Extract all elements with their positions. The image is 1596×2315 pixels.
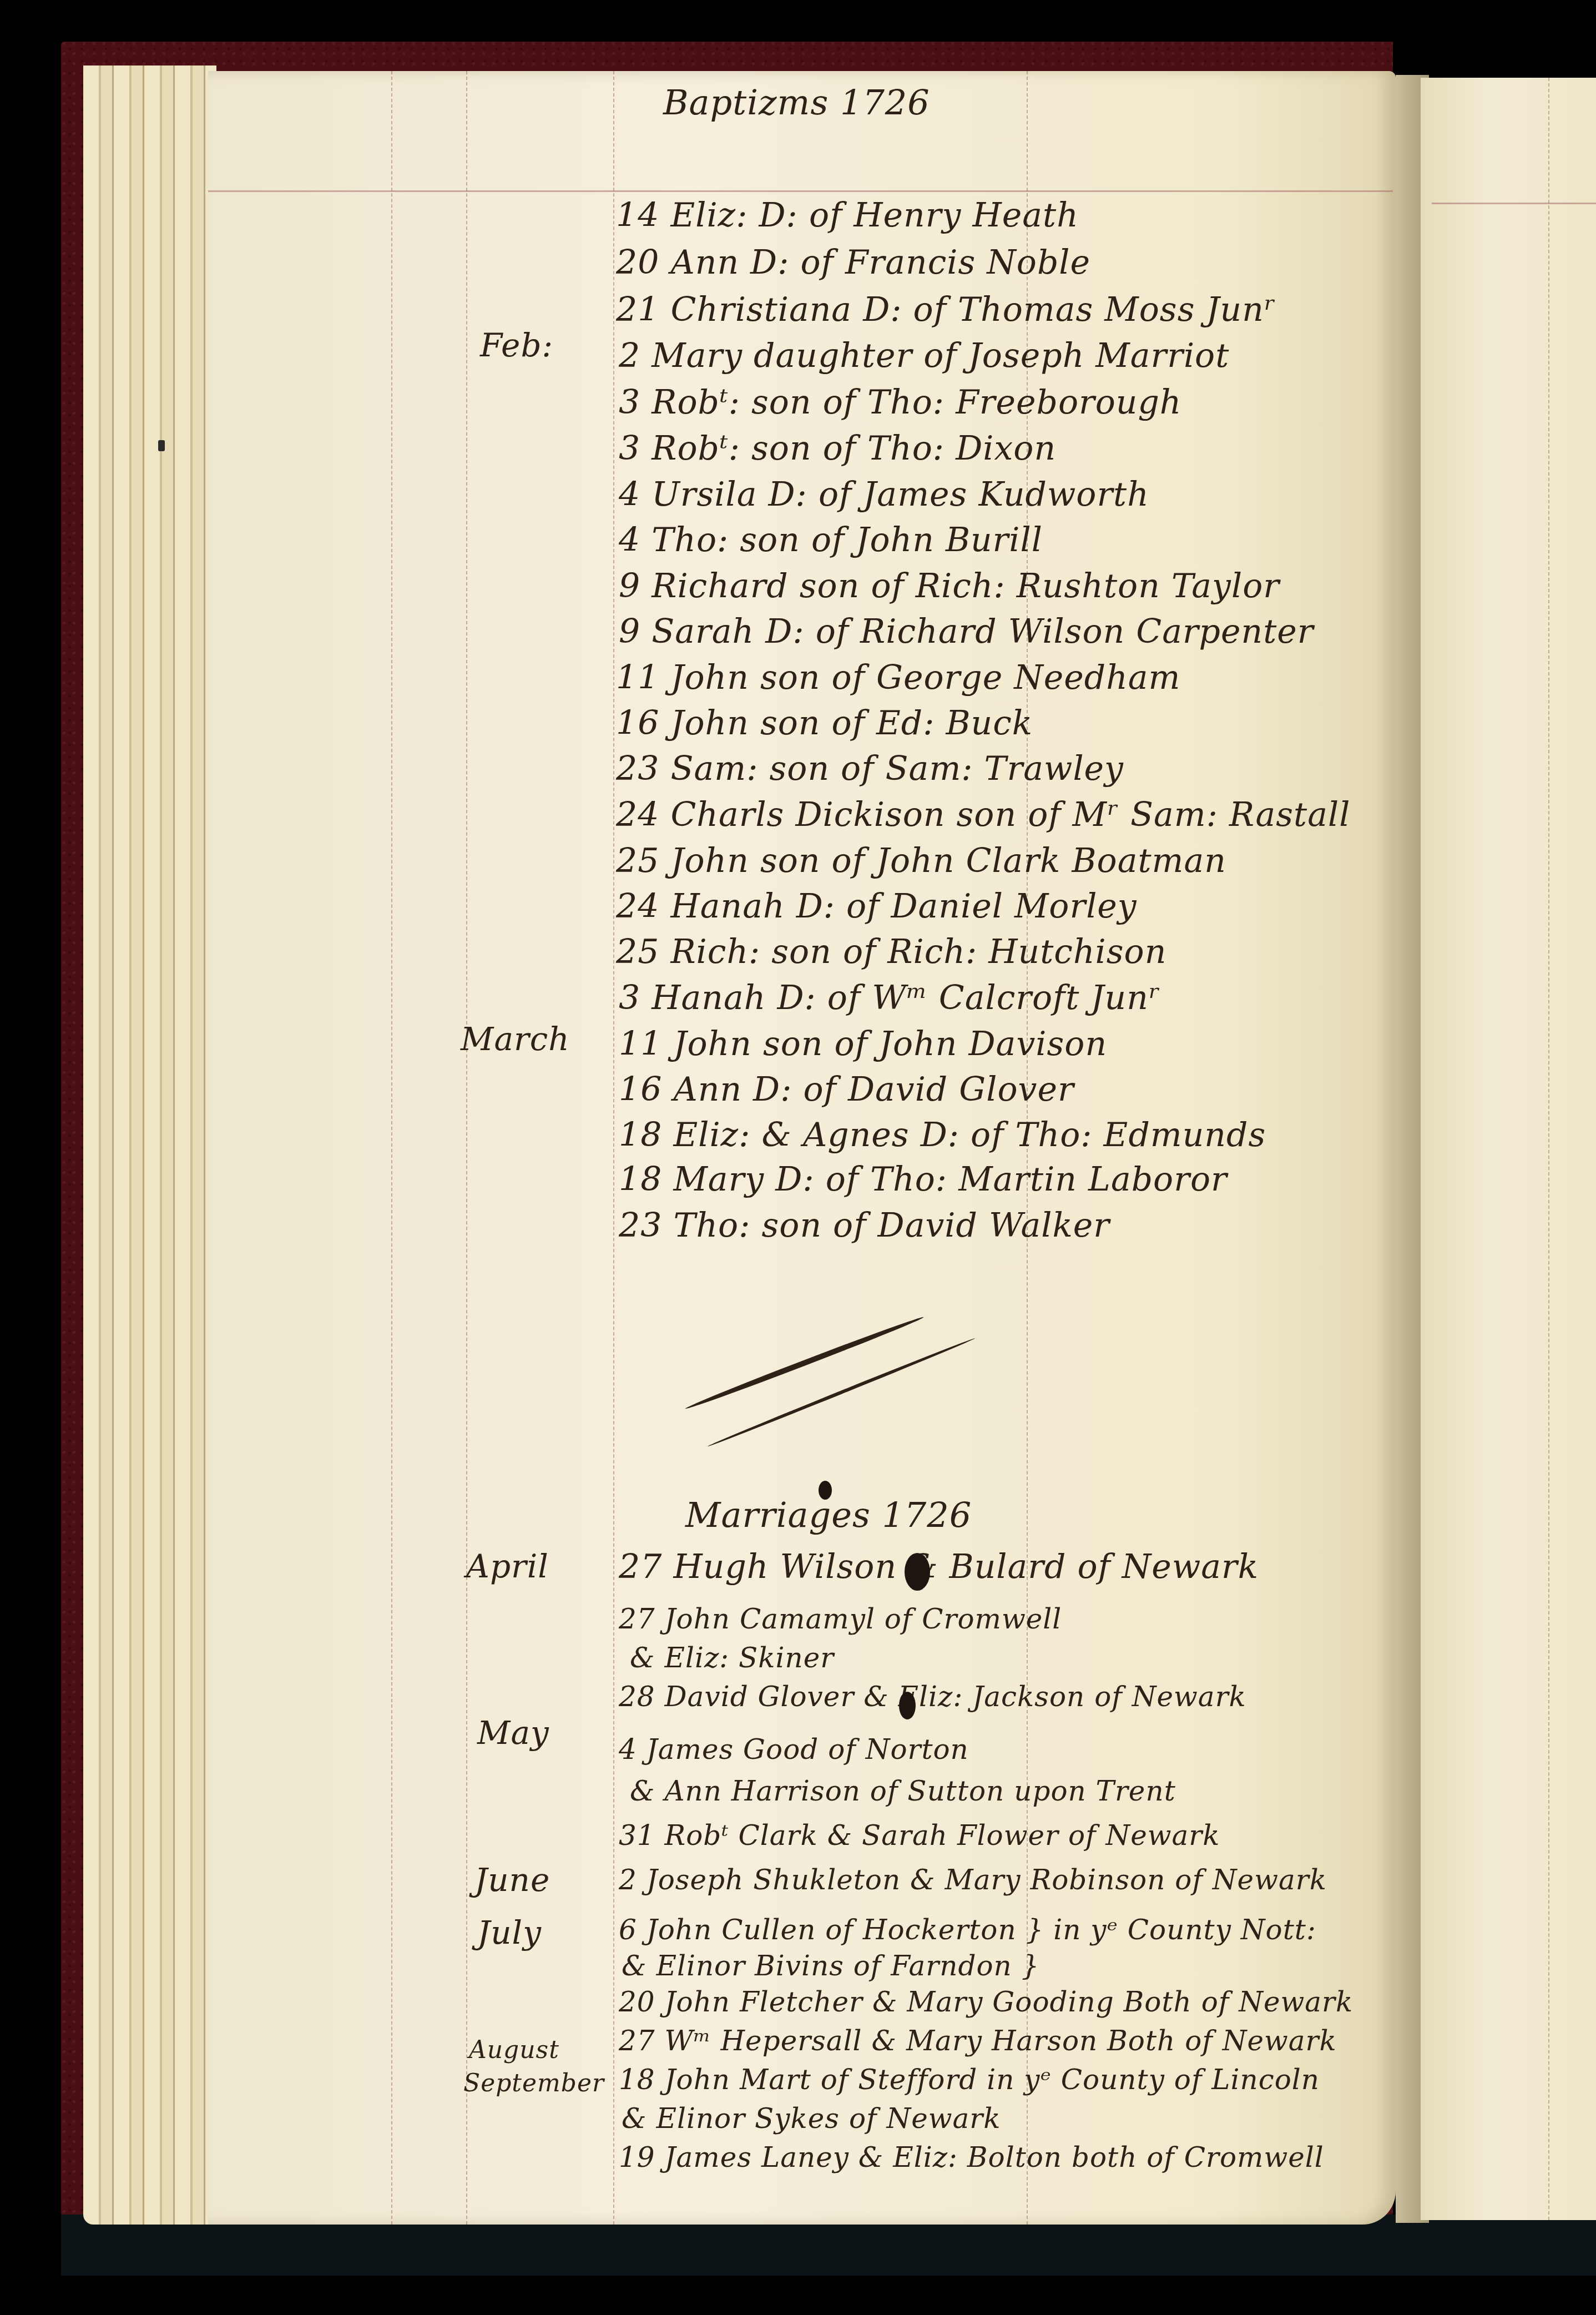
marriage-entry: 27 Hugh Wilson & Bulard of Newark <box>619 1547 1259 1586</box>
baptisms-title: Baptizms 1726 <box>663 82 930 123</box>
month-column-rule <box>466 71 467 2225</box>
baptism-entry: 9 Sarah D: of Richard Wilson Carpenter <box>619 612 1314 651</box>
baptism-entry: 25 Rich: son of Rich: Hutchison <box>616 932 1166 971</box>
baptism-entry: 3 Hanah D: of Wᵐ Calcroft Junʳ <box>619 979 1161 1017</box>
marriage-entry: & Elinor Sykes of Newark <box>622 2102 1001 2135</box>
facing-header-rule <box>1432 203 1596 204</box>
ink-blot <box>899 1692 916 1719</box>
marriage-entry: 2 Joseph Shukleton & Mary Robinson of Ne… <box>619 1864 1327 1896</box>
marriage-entry: & Elinor Bivins of Farndon } <box>622 1950 1039 1982</box>
baptism-entry: 9 Richard son of Rich: Rushton Taylor <box>619 567 1280 606</box>
baptism-entry: 14 Eliz: D: of Henry Heath <box>616 196 1079 235</box>
baptism-entry: 3 Robᵗ: son of Tho: Freeborough <box>619 383 1182 422</box>
month-label-april: April <box>466 1547 549 1585</box>
baptism-entry: 16 John son of Ed: Buck <box>616 704 1033 743</box>
section-flourish <box>684 1314 925 1411</box>
section-flourish <box>707 1336 976 1447</box>
baptism-entry: 4 Tho: son of John Burill <box>619 521 1043 559</box>
baptism-entry: 23 Tho: son of David Walker <box>619 1206 1110 1245</box>
baptism-entry: 21 Christiana D: of Thomas Moss Junʳ <box>616 290 1276 329</box>
margin-mark <box>158 440 165 451</box>
month-label-august: August <box>469 2036 559 2064</box>
baptism-entry: 11 John son of George Needham <box>616 658 1180 697</box>
baptism-entry: 24 Charls Dickison son of Mʳ Sam: Rastal… <box>616 795 1350 834</box>
baptism-entry: 16 Ann D: of David Glover <box>619 1070 1074 1109</box>
day-column-rule <box>613 71 614 2225</box>
baptism-entry: 23 Sam: son of Sam: Trawley <box>616 749 1124 788</box>
month-label-may: May <box>477 1714 549 1752</box>
marriage-entry: & Ann Harrison of Sutton upon Trent <box>630 1775 1176 1807</box>
register-page: Baptizms 1726 Feb: March 14 Eliz: D: of … <box>208 71 1396 2225</box>
month-label-march: March <box>461 1020 570 1058</box>
baptism-entry: 25 John son of John Clark Boatman <box>616 841 1226 880</box>
marriage-entry: 6 John Cullen of Hockerton } in yᵉ Count… <box>619 1914 1316 1946</box>
marriage-entry: 19 James Laney & Eliz: Bolton both of Cr… <box>619 2141 1324 2173</box>
baptism-entry: 2 Mary daughter of Joseph Marriot <box>619 336 1229 375</box>
marriage-entry: 27 Wᵐ Hepersall & Mary Harson Both of Ne… <box>619 2025 1337 2057</box>
marriage-entry: 28 David Glover & Eliz: Jackson of Newar… <box>619 1681 1246 1713</box>
facing-page <box>1421 78 1596 2220</box>
marriage-entry: 31 Robᵗ Clark & Sarah Flower of Newark <box>619 1819 1220 1852</box>
baptism-entry: 11 John son of John Davison <box>619 1025 1107 1063</box>
marriage-entry: 27 John Camamyl of Cromwell <box>619 1603 1062 1635</box>
header-rule <box>208 190 1393 192</box>
baptism-entry: 3 Robᵗ: son of Tho: Dixon <box>619 429 1056 468</box>
baptism-entry: 18 Eliz: & Agnes D: of Tho: Edmunds <box>619 1116 1266 1154</box>
facing-rule-line <box>1548 78 1549 2220</box>
ink-blot <box>905 1553 930 1591</box>
marriage-entry: 18 John Mart of Stefford in yᵉ County of… <box>619 2064 1320 2096</box>
baptism-entry: 18 Mary D: of Tho: Martin Laboror <box>619 1160 1228 1199</box>
month-label-september: September <box>463 2069 604 2097</box>
month-label-june: June <box>474 1861 550 1899</box>
marriages-title: Marriages 1726 <box>685 1495 972 1535</box>
month-label-feb: Feb: <box>480 326 553 364</box>
marriage-entry: 4 James Good of Norton <box>619 1733 969 1766</box>
baptism-entry: 4 Ursila D: of James Kudworth <box>619 475 1149 514</box>
outer-margin-rule <box>391 71 392 2225</box>
marriage-entry: 20 John Fletcher & Mary Gooding Both of … <box>619 1986 1353 2018</box>
marriage-entry: & Eliz: Skiner <box>630 1642 834 1674</box>
page-edges <box>83 65 216 2225</box>
baptism-entry: 24 Hanah D: of Daniel Morley <box>616 887 1137 926</box>
month-label-july: July <box>477 1914 542 1951</box>
baptism-entry: 20 Ann D: of Francis Noble <box>616 243 1090 282</box>
